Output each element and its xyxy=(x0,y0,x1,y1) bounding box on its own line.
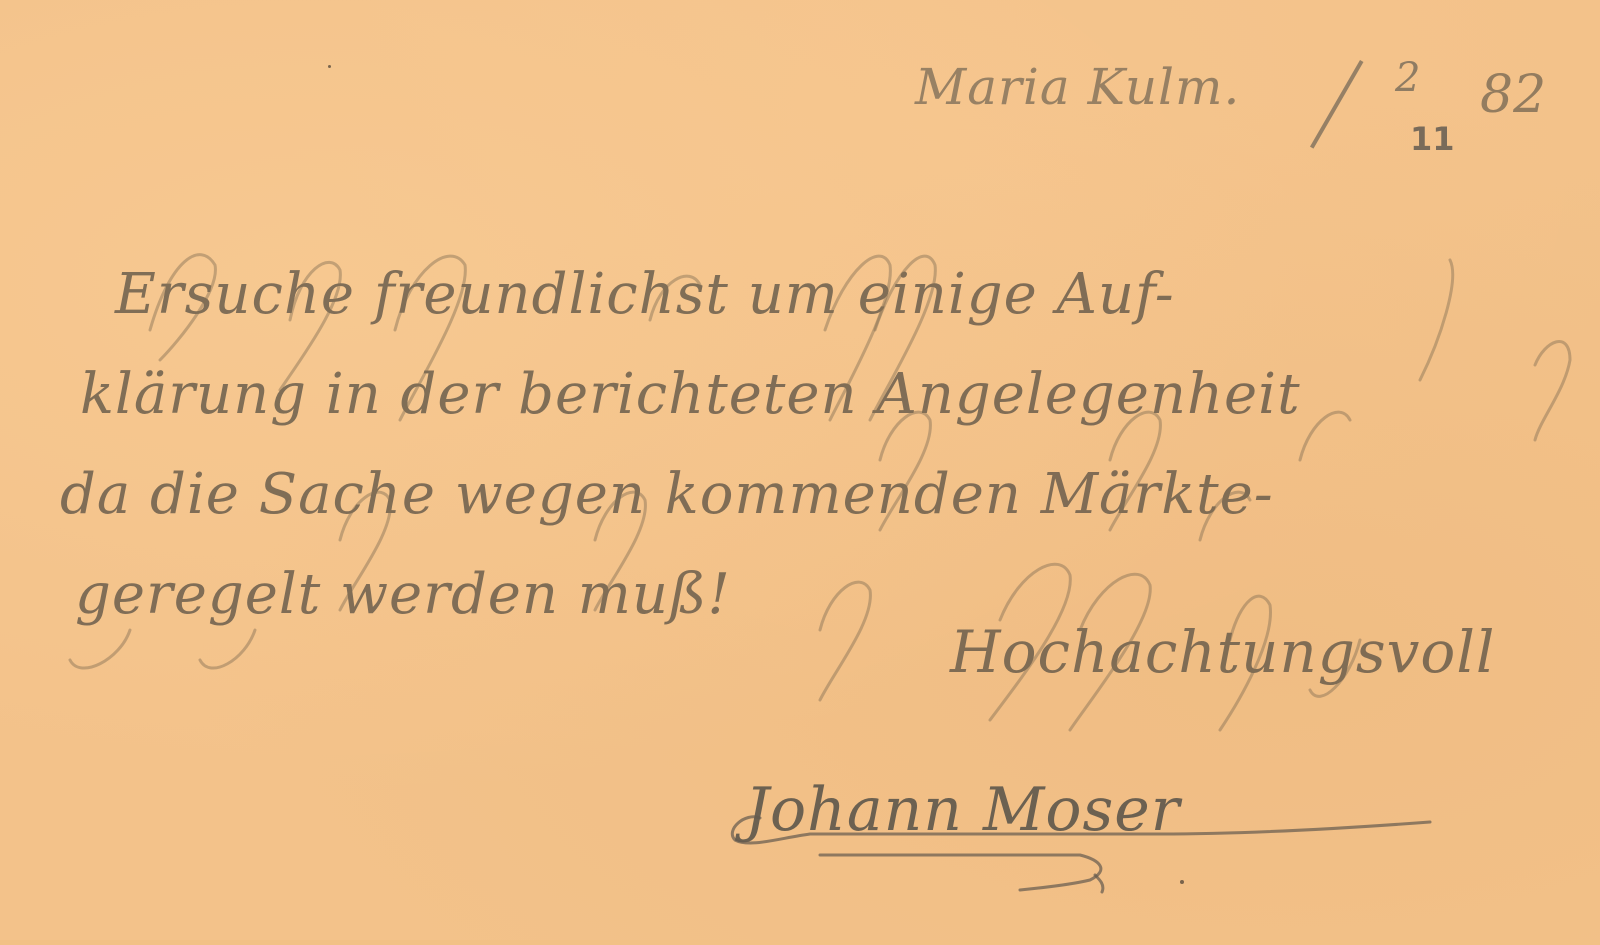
date-month: 11 xyxy=(1410,120,1455,158)
body-line-2: klärung in der berichteten Angelegenheit xyxy=(80,362,1301,427)
body-line-1: Ersuche freundlichst um einige Auf- xyxy=(115,262,1175,327)
body-line-3: da die Sache wegen kommenden Märkte- xyxy=(60,462,1274,527)
closing-salutation: Hochachtungsvoll xyxy=(950,618,1495,686)
postcard: Maria Kulm. 2 11 82 Ersuche freundlichst… xyxy=(0,0,1600,940)
date-year: 82 xyxy=(1480,65,1546,125)
signature: Johann Moser xyxy=(745,775,1181,845)
date-day: 2 xyxy=(1395,55,1420,101)
ink-speck xyxy=(328,65,331,68)
place-name: Maria Kulm. xyxy=(915,58,1240,116)
date-slash xyxy=(1310,60,1363,149)
body-line-4: geregelt werden muß! xyxy=(75,562,731,627)
ink-speck xyxy=(1180,880,1184,884)
